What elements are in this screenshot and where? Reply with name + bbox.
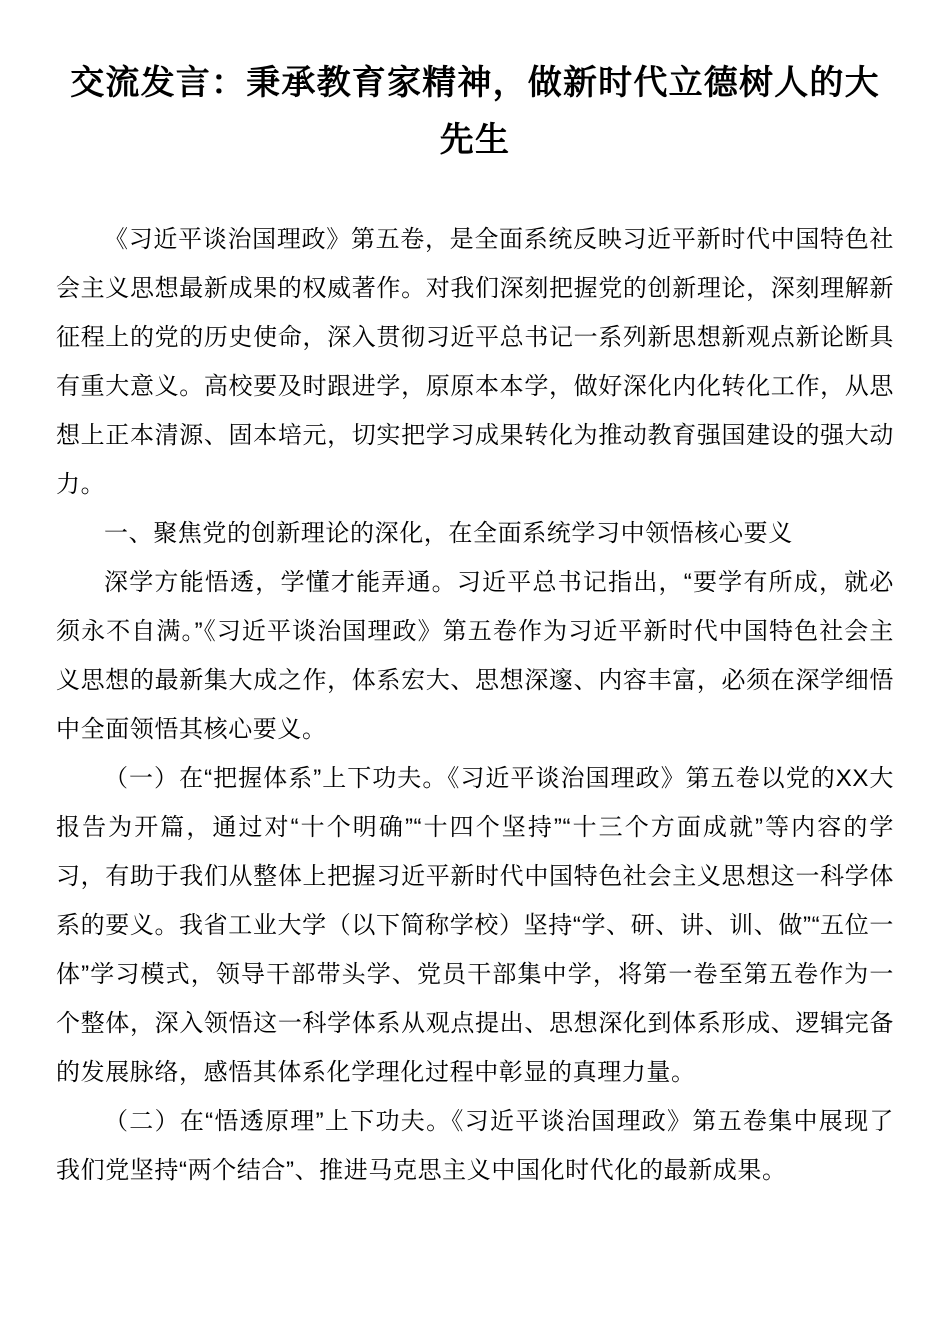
document-body: 《习近平谈治国理政》第五卷，是全面系统反映习近平新时代中国特色社会主义思想最新成… [56,215,894,1195]
paragraph-point-2: （二）在“悟透原理”上下功夫。《习近平谈治国理政》第五卷集中展现了我们党坚持“两… [56,1097,894,1195]
paragraph-intro: 《习近平谈治国理政》第五卷，是全面系统反映习近平新时代中国特色社会主义思想最新成… [56,215,894,509]
paragraph-point-1: （一）在“把握体系”上下功夫。《习近平谈治国理政》第五卷以党的XX大报告为开篇，… [56,754,894,1097]
document-page: 交流发言：秉承教育家精神，做新时代立德树人的大先生 《习近平谈治国理政》第五卷，… [0,0,950,1344]
document-title: 交流发言：秉承教育家精神，做新时代立德树人的大先生 [56,55,894,169]
section-heading-1: 一、聚焦党的创新理论的深化，在全面系统学习中领悟核心要义 [56,509,894,558]
paragraph-deep-study: 深学方能悟透，学懂才能弄通。习近平总书记指出，“要学有所成，就必须永不自满。”《… [56,558,894,754]
